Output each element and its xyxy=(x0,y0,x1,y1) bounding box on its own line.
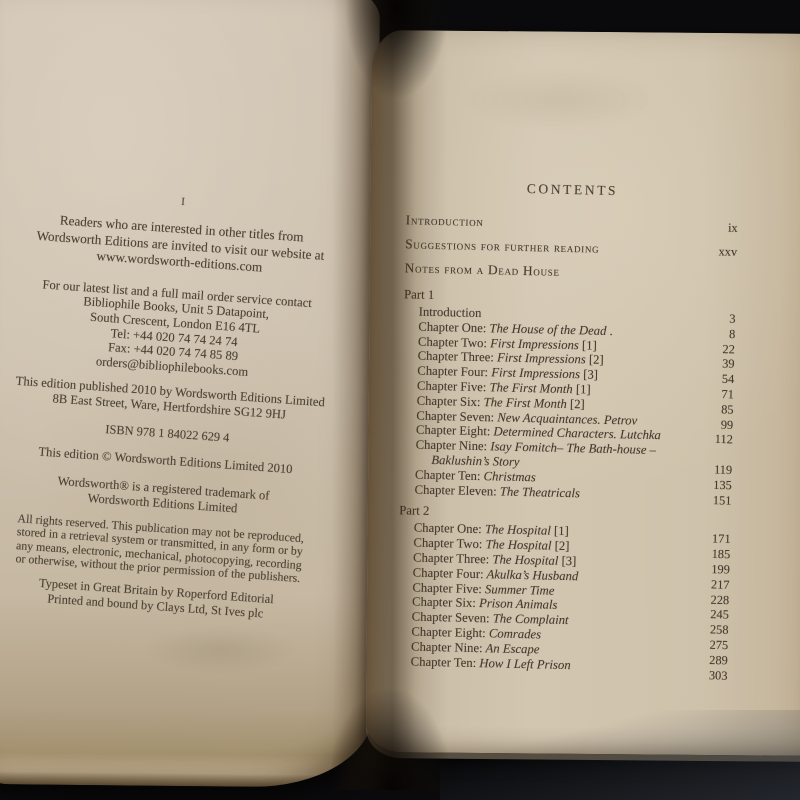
chapter-prefix: Chapter Ten: xyxy=(411,654,477,669)
chapter-title: First Impressions xyxy=(494,351,586,367)
chapter-prefix: Chapter Two: xyxy=(413,536,482,552)
page-number: 85 xyxy=(697,402,733,418)
page-number: 22 xyxy=(699,341,735,357)
chapter-suffix: [2] xyxy=(586,353,604,367)
chapter-title: How I Left Prison xyxy=(476,656,571,672)
chapter-prefix: Chapter Six: xyxy=(412,595,476,610)
left-page-text: I Readers who are interested in other ti… xyxy=(0,184,352,626)
chapter-suffix: [3] xyxy=(580,367,598,381)
chapter-prefix: Introduction xyxy=(419,305,482,320)
chapter-prefix: Chapter Six: xyxy=(417,393,481,408)
front-matter-label: Notes from a Dead House xyxy=(404,256,560,284)
page-number: 228 xyxy=(693,592,729,608)
page-number: 199 xyxy=(694,562,730,578)
chapter-prefix: Chapter Seven: xyxy=(412,610,490,626)
chapter-title: First Impressions xyxy=(487,336,579,352)
chapter-title: Christmas xyxy=(480,469,536,484)
chapter-suffix: [1] xyxy=(551,524,569,538)
page-number xyxy=(696,447,732,463)
chapter-title: The Hospital xyxy=(489,552,558,568)
page-number: 151 xyxy=(695,492,731,508)
page-number: 185 xyxy=(694,547,730,563)
page-number: 258 xyxy=(692,622,728,638)
chapter-title: The Theatricals xyxy=(497,484,580,500)
contents-title: CONTENTS xyxy=(406,178,738,202)
para-rights: All rights reserved. This publication ma… xyxy=(0,510,329,586)
page-number: 54 xyxy=(698,371,734,387)
chapter-title: The Hospital xyxy=(482,537,551,553)
page-number: 275 xyxy=(692,637,728,653)
chapter-prefix: Chapter Nine: xyxy=(416,438,488,454)
chapter-prefix: Chapter One: xyxy=(418,319,486,335)
page-number: 3 xyxy=(699,311,735,327)
page-number xyxy=(736,264,737,288)
chapter-prefix: Chapter Nine: xyxy=(411,639,483,655)
page-number: 71 xyxy=(698,387,734,403)
para-website-note: Readers who are interested in other titl… xyxy=(11,209,350,282)
chapter-prefix: Chapter Four: xyxy=(413,565,484,581)
front-matter-label: Introduction xyxy=(405,208,483,234)
table-of-contents: CONTENTS Introduction ix Suggestions for… xyxy=(396,178,739,676)
page-number: 289 xyxy=(692,652,728,668)
chapter-suffix: . xyxy=(606,324,613,338)
chapter-title: An Escape xyxy=(482,641,539,656)
chapter-suffix: [2] xyxy=(551,539,569,553)
chapter-title: The First Month xyxy=(480,395,567,411)
front-matter-rows: Introduction ix Suggestions for further … xyxy=(404,208,738,288)
chapter-title: The First Month xyxy=(486,380,573,396)
chapter-prefix: Chapter Three: xyxy=(418,349,495,365)
chapter-prefix: Chapter Two: xyxy=(418,334,487,350)
page-number: 245 xyxy=(693,607,729,623)
book-photo: I Readers who are interested in other ti… xyxy=(0,0,800,800)
para-mail-order: For our latest list and a full mail orde… xyxy=(4,275,345,386)
page-number: 303 xyxy=(691,667,727,683)
toc-section: Part 1 Introduction 3 Chapter One: The H… xyxy=(399,285,736,504)
chapter-prefix: Chapter Eleven: xyxy=(414,482,496,498)
chapter-suffix: [2] xyxy=(567,397,585,411)
imprint-paragraphs: Readers who are interested in other titl… xyxy=(0,209,350,626)
chapter-prefix: Chapter Eight: xyxy=(411,624,486,640)
toc-section: Part 2 Chapter One: The Hospital [1] 171… xyxy=(396,502,732,676)
part-rows: Chapter One: The Hospital [1] 171 Chapte… xyxy=(396,521,731,676)
page-number: 8 xyxy=(699,326,735,342)
chapter-prefix: Chapter Seven: xyxy=(416,408,494,424)
page-number: 119 xyxy=(696,462,732,478)
page-number: 135 xyxy=(696,477,732,493)
page-number: 99 xyxy=(697,417,733,433)
chapter-title: The Hospital xyxy=(482,522,551,538)
chapter-prefix: Chapter Eight: xyxy=(416,423,491,439)
page-number: 217 xyxy=(693,577,729,593)
chapter-prefix: Chapter One: xyxy=(414,521,482,537)
right-page: CONTENTS Introduction ix Suggestions for… xyxy=(366,30,800,756)
chapter-title: Prison Animals xyxy=(476,596,558,612)
chapter-title: Summer Time xyxy=(482,582,555,598)
page-number: 39 xyxy=(698,356,734,372)
chapter-title: The Complaint xyxy=(489,611,568,627)
page-number: 171 xyxy=(694,531,730,547)
chapter-prefix: Chapter Three: xyxy=(413,551,490,567)
chapter-prefix: Chapter Five: xyxy=(417,379,487,395)
part-rows: Introduction 3 Chapter One: The House of… xyxy=(399,304,735,504)
chapter-suffix: [3] xyxy=(558,554,576,568)
page-number: 112 xyxy=(697,432,733,448)
chapter-prefix: Chapter Five: xyxy=(412,580,482,596)
chapter-prefix: Chapter Four: xyxy=(417,364,488,380)
chapter-suffix: [1] xyxy=(573,382,591,396)
chapter-title: Akulka’s Husband xyxy=(483,567,578,583)
chapter-title: Baklushin’s Story xyxy=(431,453,520,469)
chapter-prefix: Chapter Ten: xyxy=(415,467,481,482)
chapter-title: Comrades xyxy=(486,626,542,641)
chapter-title: First Impressions xyxy=(488,365,580,381)
page-number: xxv xyxy=(718,239,737,263)
toc-sections: Part 1 Introduction 3 Chapter One: The H… xyxy=(396,285,737,676)
page-number: ix xyxy=(728,216,738,240)
chapter-suffix: [1] xyxy=(579,338,597,352)
